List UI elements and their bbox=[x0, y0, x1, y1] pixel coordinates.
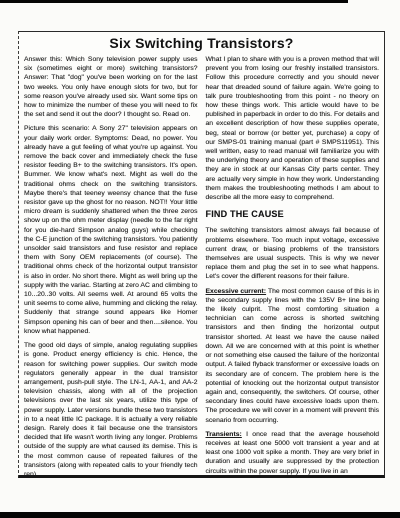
article-title: Six Switching Transistors? bbox=[25, 35, 378, 51]
paragraph-background: The good old days of simple, analog regu… bbox=[24, 341, 198, 478]
paragraph-method: What I plan to share with you is a prove… bbox=[206, 55, 380, 202]
excessive-current-text: The most common cause of this is in the … bbox=[206, 288, 380, 424]
paragraph-intro: Answer this: Which Sony television power… bbox=[24, 55, 198, 119]
paragraph-failure-reasons: The switching transistors almost always … bbox=[206, 226, 380, 281]
article-page-border: Six Switching Transistors? Answer this: … bbox=[18, 31, 385, 478]
lead-excessive-current: Excessive current: bbox=[206, 288, 267, 295]
paragraph-scenario: Picture this scenario: A Sony 27" televi… bbox=[24, 124, 198, 336]
left-column: Answer this: Which Sony television power… bbox=[24, 55, 198, 478]
right-column: What I plan to share with you is a prove… bbox=[206, 55, 380, 478]
paragraph-transients: Transients: I once read that the average… bbox=[206, 430, 380, 476]
article-columns: Answer this: Which Sony television power… bbox=[19, 55, 384, 478]
scan-artifact-bottom-bar bbox=[0, 512, 400, 518]
paragraph-excessive-current: Excessive current: The most common cause… bbox=[206, 287, 380, 425]
scan-artifact-top-bar bbox=[0, 0, 348, 3]
lead-transients: Transients: bbox=[206, 431, 242, 438]
section-heading-find-the-cause: FIND THE CAUSE bbox=[206, 210, 380, 219]
